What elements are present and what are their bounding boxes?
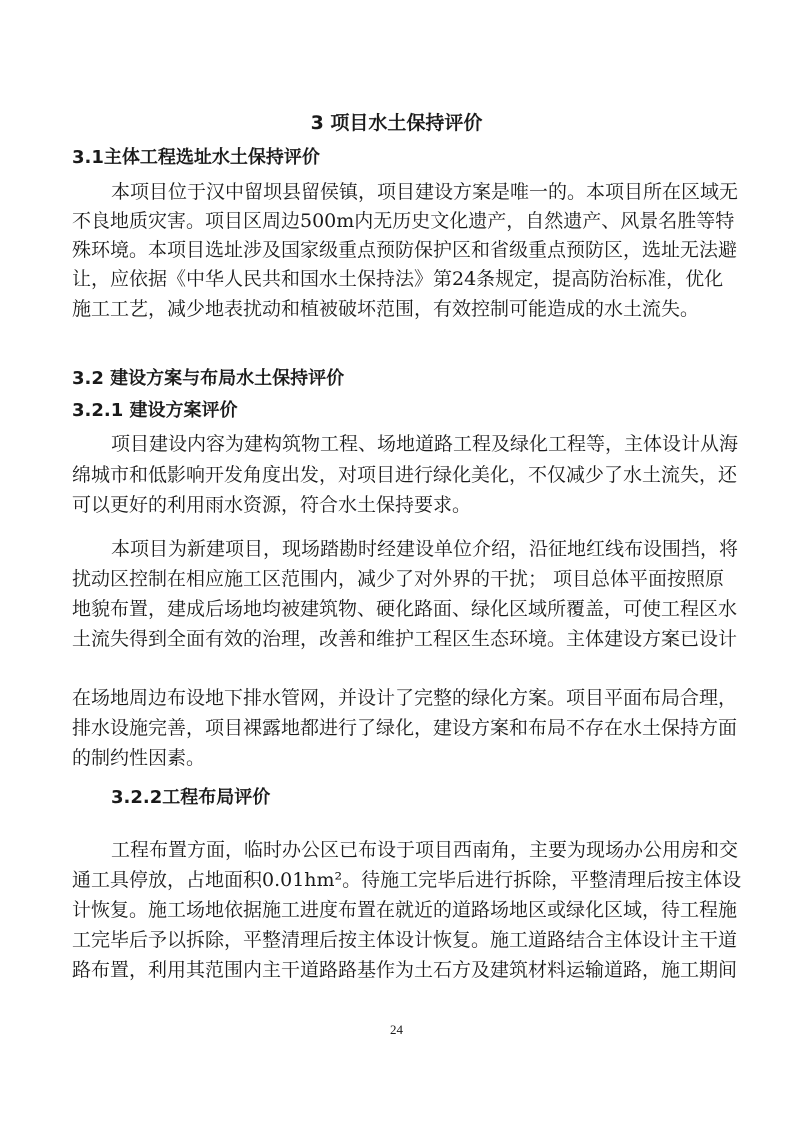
paragraph-line: 殊环境。本项目选址涉及国家级重点预防保护区和省级重点预防区，选址无法避 <box>72 238 720 262</box>
paragraph-line: 工程布置方面，临时办公区已布设于项目西南角，主要为现场办公用房和交 <box>111 838 720 862</box>
paragraph-line: 可以更好的利用雨水资源，符合水土保持要求。 <box>72 493 720 517</box>
paragraph-line: 路布置，利用其范围内主干道路路基作为土石方及建筑材料运输道路，施工期间 <box>72 958 720 982</box>
paragraph-line: 在场地周边布设地下排水管网，并设计了完整的绿化方案。项目平面布局合理， <box>72 686 720 710</box>
paragraph-line: 土流失得到全面有效的治理，改善和维护工程区生态环境。主体建设方案已设计 <box>72 627 720 651</box>
section-heading-3-1: 3.1主体工程选址水土保持评价 <box>72 146 320 170</box>
paragraph-line: 工完毕后予以拆除，平整清理后按主体设计恢复。施工道路结合主体设计主干道 <box>72 928 720 952</box>
paragraph-line: 施工工艺，减少地表扰动和植被破坏范围，有效控制可能造成的水土流失。 <box>72 297 720 321</box>
paragraph-line: 计恢复。施工场地依据施工进度布置在就近的道路场地区或绿化区域，待工程施 <box>72 898 720 922</box>
section-heading-3-2-1: 3.2.1 建设方案评价 <box>72 399 238 423</box>
paragraph-line: 地貌布置，建成后场地均被建筑物、硬化路面、绿化区域所覆盖，可使工程区水 <box>72 597 720 621</box>
paragraph-line: 本项目为新建项目，现场踏勘时经建设单位介绍，沿征地红线布设围挡，将 <box>111 537 720 561</box>
paragraph-line: 扰动区控制在相应施工区范围内，减少了对外界的干扰； 项目总体平面按照原 <box>72 567 720 591</box>
page-number: 24 <box>0 1022 793 1038</box>
section-heading-3-2: 3.2 建设方案与布局水土保持评价 <box>72 367 344 391</box>
paragraph-line: 本项目位于汉中留坝县留侯镇，项目建设方案是唯一的。本项目所在区域无 <box>111 180 720 204</box>
section-heading-3-2-2: 3.2.2工程布局评价 <box>111 786 270 810</box>
paragraph-line: 的制约性因素。 <box>72 746 720 770</box>
paragraph-line: 不良地质灾害。项目区周边500m内无历史文化遗产，自然遗产、风景名胜等特 <box>72 209 720 233</box>
document-page: 3 项目水土保持评价 3.1主体工程选址水土保持评价 本项目位于汉中留坝县留侯镇… <box>0 0 793 1122</box>
paragraph-line: 让，应依据《中华人民共和国水土保持法》第24条规定，提高防治标准，优化 <box>72 267 720 291</box>
paragraph-line: 项目建设内容为建构筑物工程、场地道路工程及绿化工程等，主体设计从海 <box>111 432 720 456</box>
paragraph-line: 绵城市和低影响开发角度出发，对项目进行绿化美化，不仅减少了水土流失，还 <box>72 463 720 487</box>
paragraph-line: 通工具停放，占地面积0.01hm²。待施工完毕后进行拆除，平整清理后按主体设 <box>72 868 720 892</box>
paragraph-line: 排水设施完善，项目裸露地都进行了绿化，建设方案和布局不存在水土保持方面 <box>72 716 720 740</box>
chapter-title: 3 项目水土保持评价 <box>0 108 793 135</box>
